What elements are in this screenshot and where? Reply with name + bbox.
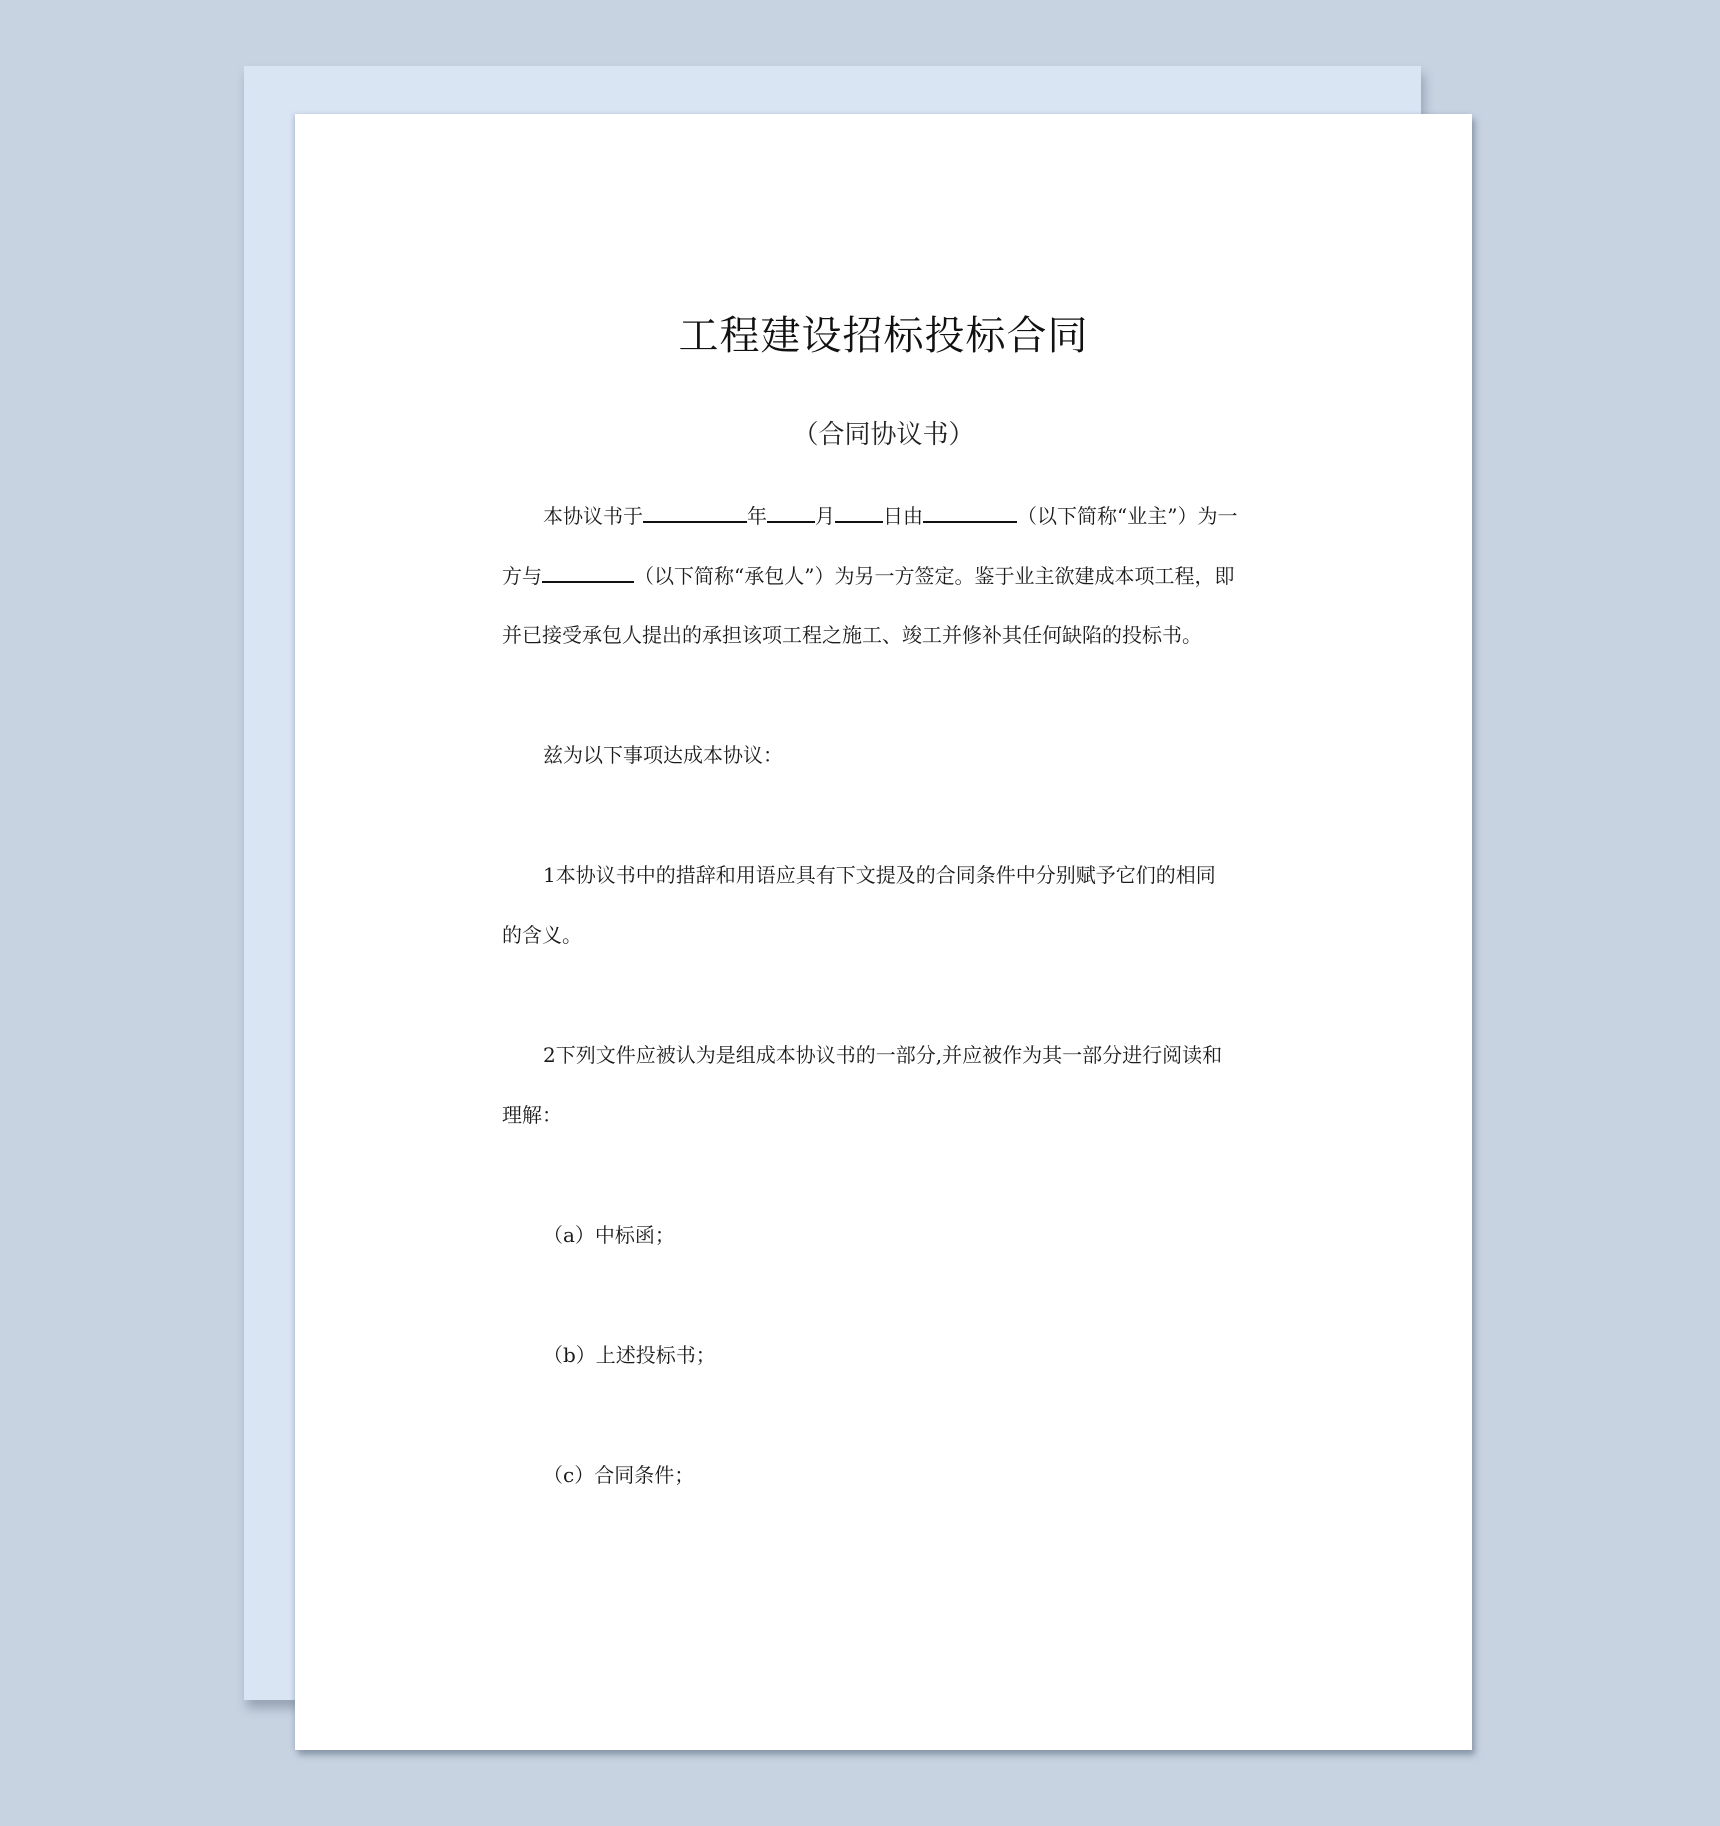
clause-1-line-1: 1本协议书中的措辞和用语应具有下文提及的合同条件中分别赋予它们的相同 [543,861,1216,889]
blank-owner-field [923,501,1017,523]
text-segment: 年 [747,504,767,528]
clause-2-line-1: 2下列文件应被认为是组成本协议书的一部分,并应被作为其一部分进行阅读和 [543,1041,1222,1069]
document-title: 工程建设招标投标合同 [295,311,1472,361]
list-item-b: （b）上述投标书； [543,1341,716,1369]
paragraph-1-line-3: 并已接受承包人提出的承担该项工程之施工、竣工并修补其任何缺陷的投标书。 [502,621,1202,649]
clause-1-line-2: 的含义。 [502,921,582,949]
text-segment: （以下简称“业主”）为一 [1017,504,1237,528]
list-item-a: （a）中标函； [543,1221,675,1249]
document-page: 工程建设招标投标合同 （合同协议书） 本协议书于年月日由（以下简称“业主”）为一… [295,114,1472,1750]
blank-month-field [767,501,815,523]
paragraph-2: 兹为以下事项达成本协议： [543,741,783,769]
paragraph-1-line-2: 方与（以下简称“承包人”）为另一方签定。鉴于业主欲建成本项工程，即 [502,561,1234,590]
blank-date-year-field [643,501,747,523]
text-segment: 方与 [502,564,542,588]
text-segment: 日由 [883,504,923,528]
document-subtitle: （合同协议书） [295,418,1472,452]
list-item-c: （c）合同条件； [543,1461,694,1489]
paragraph-1-line-1: 本协议书于年月日由（以下简称“业主”）为一 [543,501,1237,530]
clause-2-line-2: 理解： [502,1101,562,1129]
blank-day-field [835,501,883,523]
blank-contractor-field [542,561,634,583]
text-segment: 月 [815,504,835,528]
text-segment: 本协议书于 [543,504,643,528]
text-segment: （以下简称“承包人”）为另一方签定。鉴于业主欲建成本项工程，即 [634,564,1234,588]
